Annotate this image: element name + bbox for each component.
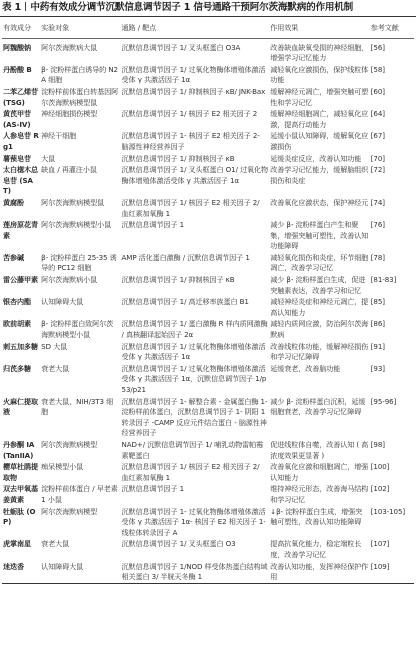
cell-pathway: 沉默信息调节因子 1- 解整合素 - 金属蛋白酶 1- 淀粉样前体蛋白，沉默信息… — [121, 396, 270, 439]
cell-pathway: 沉默信息调节因子 1/ 核因子 E2 相关因子 2/ 血红素加氧酶 1 — [121, 197, 270, 219]
cell-reference: [70] — [370, 153, 414, 165]
cell-pathway: 沉默信息调节因子 1/ 过氧化物酶体增殖体激活受体 γ 共激活因子 1α — [121, 64, 270, 86]
cell-pathway: 沉默信息调节因子 1/ 过氧化物酶体增殖体激活受体 γ 共激活因子 1α — [121, 341, 270, 363]
table-row: 雷公藤甲素阿尔茨海默病小鼠沉默信息调节因子 1/ 抑制核因子 κB减少 β- 淀… — [2, 275, 414, 297]
cell-effect: 缓解神经元凋亡，增强突触可塑性和学习记忆 — [269, 86, 369, 108]
cell-subject: 阿尔茨海默病模型鼠 — [40, 197, 120, 219]
cell-subject: 阿尔茨海默病大鼠 — [40, 38, 120, 64]
cell-pathway: AMP 活化蛋白激酶 / 沉默信息调节因子 1 — [121, 252, 270, 274]
cell-subject: 神经细胞损伤模型 — [40, 109, 120, 131]
cell-component: 丹酚酸 B — [2, 64, 40, 86]
cell-subject: 大鼠 — [40, 153, 120, 165]
cell-component: 火麻仁提取液 — [2, 396, 40, 439]
table-row: 银杏内酯认知障碍大鼠沉默信息调节因子 1/ 高迁移率族蛋白 B1减轻神经炎症和神… — [2, 297, 414, 319]
table-row: 欧前胡素β- 淀粉样蛋白致阿尔茨海默病模型小鼠沉默信息调节因子 1/ 蛋白激酶 … — [2, 319, 414, 341]
cell-reference: [60] — [370, 86, 414, 108]
cell-component: 丹参酮 IA (TanIIA) — [2, 439, 40, 461]
mechanism-table: 有效成分 实验对象 通路 / 靶点 作用效果 参考文献 阿魏酸钠阿尔茨海默病大鼠… — [2, 17, 414, 583]
cell-component: 黄腐酚 — [2, 197, 40, 219]
cell-reference: [103-105] — [370, 506, 414, 539]
cell-reference: [98] — [370, 439, 414, 461]
cell-pathway: 沉默信息调节因子 1 — [121, 220, 270, 253]
cell-pathway: 沉默信息调节因子 1/ 叉头框蛋白 O3 — [121, 539, 270, 561]
cell-reference: [91] — [370, 341, 414, 363]
cell-component: 黄芪甲苷 (AS-IV) — [2, 109, 40, 131]
table-label: 表 1 — [2, 2, 21, 13]
cell-pathway: 沉默信息调节因子 1/ 叉头框蛋白 O3A — [121, 38, 270, 64]
cell-component: 莲房原花青素 — [2, 220, 40, 253]
cell-component: 太白楤木总皂苷 (SAT) — [2, 165, 40, 198]
table-bottom-rule — [2, 583, 414, 584]
cell-pathway: 沉默信息调节因子 1/ 过氧化物酶体增殖体激活受体 γ 共激活因子 1α，沉默信… — [121, 363, 270, 396]
header-pathway: 通路 / 靶点 — [121, 17, 270, 38]
cell-component: 迷迭香 — [2, 561, 40, 583]
cell-effect: 改善缺血缺氧受损的神经细胞，增强学习记忆能力 — [269, 38, 369, 64]
cell-reference: [85] — [370, 297, 414, 319]
table-header-row: 有效成分 实验对象 通路 / 靶点 作用效果 参考文献 — [2, 17, 414, 38]
table-body: 阿魏酸钠阿尔茨海默病大鼠沉默信息调节因子 1/ 叉头框蛋白 O3A改善缺血缺氧受… — [2, 38, 414, 583]
table-row: 虎掌南星衰老大鼠沉默信息调节因子 1/ 叉头框蛋白 O3提高抗氧化能力，稳定端粒… — [2, 539, 414, 561]
table-title: 中药有效成分调节沉默信息调节因子 1 信号通路干预阿尔茨海默病的作用机制 — [30, 2, 353, 13]
cell-reference: [107] — [370, 539, 414, 561]
cell-component: 雷公藤甲素 — [2, 275, 40, 297]
cell-effect: 延缓衰老，改善脑功能 — [269, 363, 369, 396]
cell-reference: [72] — [370, 165, 414, 198]
cell-reference: [109] — [370, 561, 414, 583]
cell-effect: 延缓炎症反应，改善认知功能 — [269, 153, 369, 165]
caption-divider — [25, 2, 26, 11]
cell-subject: 缺血 / 再灌注小鼠 — [40, 165, 120, 198]
cell-pathway: 沉默信息调节因子 1/ 抑制核因子 κB — [121, 153, 270, 165]
cell-component: 阿魏酸钠 — [2, 38, 40, 64]
cell-effect: 改善认知功能，发挥神经保护作用 — [269, 561, 369, 583]
cell-component: 牡蛎肽 (OP) — [2, 506, 40, 539]
table-row: 刺五加多糖SD 大鼠沉默信息调节因子 1/ 过氧化物酶体增殖体激活受体 γ 共激… — [2, 341, 414, 363]
cell-reference: [86] — [370, 319, 414, 341]
cell-reference: [64] — [370, 109, 414, 131]
table-row: 火麻仁提取液衰老大鼠、NIH/3T3 细胞沉默信息调节因子 1- 解整合素 - … — [2, 396, 414, 439]
cell-effect: 维持神经元形态，改善海马结构和学习记忆 — [269, 484, 369, 506]
cell-subject: 认知障碍大鼠 — [40, 561, 120, 583]
cell-reference: [102] — [370, 484, 414, 506]
cell-effect: 减轻氧化应激损伤，保护线粒体功能 — [269, 64, 369, 86]
cell-effect: 促进线粒体自噬，改善认知 ( 高浓度效果更显著 ) — [269, 439, 369, 461]
cell-pathway: 沉默信息调节因子 1 — [121, 484, 270, 506]
cell-reference: [74] — [370, 197, 414, 219]
cell-component: 薯蓣皂苷 — [2, 153, 40, 165]
cell-subject: 痴呆模型小鼠 — [40, 462, 120, 484]
header-reference: 参考文献 — [370, 17, 414, 38]
cell-reference: [67] — [370, 131, 414, 153]
cell-reference: [58] — [370, 64, 414, 86]
cell-reference: [76] — [370, 220, 414, 253]
cell-reference: [100] — [370, 462, 414, 484]
cell-subject: 认知障碍大鼠 — [40, 297, 120, 319]
cell-pathway: 沉默信息调节因子 1/ 抑制核因子 κB/ JNK-Bax — [121, 86, 270, 108]
cell-pathway: 沉默信息调节因子 1/ 高迁移率族蛋白 B1 — [121, 297, 270, 319]
cell-reference: [56] — [370, 38, 414, 64]
cell-effect: 改善氧化应激和细胞凋亡，增强认知能力 — [269, 462, 369, 484]
cell-effect: 提高抗氧化能力，稳定端粒长度，改善学习记忆 — [269, 539, 369, 561]
document-page: 表 1中药有效成分调节沉默信息调节因子 1 信号通路干预阿尔茨海默病的作用机制 … — [0, 0, 416, 584]
cell-component: 欧前胡素 — [2, 319, 40, 341]
table-row: 太白楤木总皂苷 (SAT)缺血 / 再灌注小鼠沉默信息调节因子 1/ 叉头框蛋白… — [2, 165, 414, 198]
table-row: 阿魏酸钠阿尔茨海默病大鼠沉默信息调节因子 1/ 叉头框蛋白 O3A改善缺血缺氧受… — [2, 38, 414, 64]
cell-pathway: 沉默信息调节因子 1/ 核因子 E2 相关因子 2/ 血红素加氧酶 1 — [121, 462, 270, 484]
cell-reference: [95-96] — [370, 396, 414, 439]
table-row: 双去甲氧基姜黄素淀粉样前体蛋白 / 早老素 1 小鼠沉默信息调节因子 1维持神经… — [2, 484, 414, 506]
table-row: 黄腐酚阿尔茨海默病模型鼠沉默信息调节因子 1/ 核因子 E2 相关因子 2/ 血… — [2, 197, 414, 219]
cell-pathway: 沉默信息调节因子 1/NOD 样受体热蛋白结构域相关蛋白 3/ 半胱天冬酶 1 — [121, 561, 270, 583]
table-row: 二苯乙烯苷 (TSG)淀粉样前体蛋白转基因阿尔茨海默病模型鼠沉默信息调节因子 1… — [2, 86, 414, 108]
cell-subject: 淀粉样前体蛋白 / 早老素 1 小鼠 — [40, 484, 120, 506]
cell-subject: 衰老大鼠、NIH/3T3 细胞 — [40, 396, 120, 439]
table-row: 樱草杜鹃提取物痴呆模型小鼠沉默信息调节因子 1/ 核因子 E2 相关因子 2/ … — [2, 462, 414, 484]
cell-subject: 神经干细胞 — [40, 131, 120, 153]
cell-component: 银杏内酯 — [2, 297, 40, 319]
cell-effect: 减少 β- 淀粉样蛋白产生和聚集，增强突触可塑性，改善认知功能障碍 — [269, 220, 369, 253]
cell-subject: 阿尔茨海默病模型 — [40, 506, 120, 539]
cell-reference: [78] — [370, 252, 414, 274]
cell-pathway: 沉默信息调节因子 1- 核因子 E2 相关因子 2- 脑源性神经营养因子 — [121, 131, 270, 153]
table-row: 黄芪甲苷 (AS-IV)神经细胞损伤模型沉默信息调节因子 1/ 核因子 E2 相… — [2, 109, 414, 131]
cell-component: 人参皂苷 Rg1 — [2, 131, 40, 153]
cell-pathway: NAD+/ 沉默信息调节因子 1/ 哺乳动物雷帕霉素靶蛋白 — [121, 439, 270, 461]
cell-effect: ↓β- 淀粉样蛋白生成，增强突触可塑性，改善认知功能障碍 — [269, 506, 369, 539]
cell-pathway: 沉默信息调节因子 1/ 叉头框蛋白 O1/ 过氧化物酶体增殖体激活受体 γ 共激… — [121, 165, 270, 198]
cell-subject: β- 淀粉样蛋白致阿尔茨海默病模型小鼠 — [40, 319, 120, 341]
cell-effect: 改善学习记忆能力，缓解脑组织损伤和炎症 — [269, 165, 369, 198]
table-row: 丹参酮 IA (TanIIA)阿尔茨海默病模型NAD+/ 沉默信息调节因子 1/… — [2, 439, 414, 461]
table-row: 牡蛎肽 (OP)阿尔茨海默病模型沉默信息调节因子 1- 过氧化物酶体增殖体激活受… — [2, 506, 414, 539]
table-row: 苦参碱β- 淀粉样蛋白 25-35 诱导的 PC12 细胞AMP 活化蛋白激酶 … — [2, 252, 414, 274]
cell-component: 刺五加多糖 — [2, 341, 40, 363]
cell-subject: β- 淀粉样蛋白诱导的 N2A 细胞 — [40, 64, 120, 86]
cell-effect: 减轻内质网应激，防治阿尔茨海默病 — [269, 319, 369, 341]
cell-component: 二苯乙烯苷 (TSG) — [2, 86, 40, 108]
cell-subject: 衰老大鼠 — [40, 363, 120, 396]
header-subject: 实验对象 — [40, 17, 120, 38]
table-row: 迷迭香认知障碍大鼠沉默信息调节因子 1/NOD 样受体热蛋白结构域相关蛋白 3/… — [2, 561, 414, 583]
cell-effect: 减轻氧化损伤和炎症，环节细胞凋亡，改善学习记忆 — [269, 252, 369, 274]
cell-reference: [93] — [370, 363, 414, 396]
table-row: 丹酚酸 Bβ- 淀粉样蛋白诱导的 N2A 细胞沉默信息调节因子 1/ 过氧化物酶… — [2, 64, 414, 86]
cell-pathway: 沉默信息调节因子 1/ 核因子 E2 相关因子 2 — [121, 109, 270, 131]
cell-subject: 阿尔茨海默病小鼠 — [40, 275, 120, 297]
header-component: 有效成分 — [2, 17, 40, 38]
cell-pathway: 沉默信息调节因子 1- 过氧化物酶体增殖体激活受体 γ 共激活因子 1α- 核因… — [121, 506, 270, 539]
cell-component: 双去甲氧基姜黄素 — [2, 484, 40, 506]
cell-effect: 改善线粒体功能，缓解神经损伤和学习记忆障碍 — [269, 341, 369, 363]
cell-component: 樱草杜鹃提取物 — [2, 462, 40, 484]
cell-component: 虎掌南星 — [2, 539, 40, 561]
cell-pathway: 沉默信息调节因子 1/ 蛋白激酶 R 样内质网激酶 / 真核翻译起始因子 2α — [121, 319, 270, 341]
cell-subject: β- 淀粉样蛋白 25-35 诱导的 PC12 细胞 — [40, 252, 120, 274]
cell-component: 苦参碱 — [2, 252, 40, 274]
cell-subject: 淀粉样前体蛋白转基因阿尔茨海默病模型鼠 — [40, 86, 120, 108]
cell-subject: 衰老大鼠 — [40, 539, 120, 561]
cell-subject: 阿尔茨海默病模型 — [40, 439, 120, 461]
cell-effect: 减少 β- 淀粉样蛋白生成，促进突触素表达，改善学习和记忆 — [269, 275, 369, 297]
cell-subject: SD 大鼠 — [40, 341, 120, 363]
table-row: 人参皂苷 Rg1神经干细胞沉默信息调节因子 1- 核因子 E2 相关因子 2- … — [2, 131, 414, 153]
cell-subject: 阿尔茨海默病模型小鼠 — [40, 220, 120, 253]
table-row: 莲房原花青素阿尔茨海默病模型小鼠沉默信息调节因子 1减少 β- 淀粉样蛋白产生和… — [2, 220, 414, 253]
cell-pathway: 沉默信息调节因子 1/ 抑制核因子 κB — [121, 275, 270, 297]
cell-effect: 减轻神经炎症和神经元凋亡，提高认知能力 — [269, 297, 369, 319]
header-effect: 作用效果 — [269, 17, 369, 38]
cell-effect: 缓解神经细胞凋亡，减轻氧化应激，提高行动能力 — [269, 109, 369, 131]
cell-effect: 减少 β- 淀粉样蛋白沉积，延缓细胞衰老，改善学习记忆障碍 — [269, 396, 369, 439]
cell-effect: 延缓小鼠认知障碍，缓解氧化应激损伤 — [269, 131, 369, 153]
cell-component: 归芪多糖 — [2, 363, 40, 396]
table-row: 归芪多糖衰老大鼠沉默信息调节因子 1/ 过氧化物酶体增殖体激活受体 γ 共激活因… — [2, 363, 414, 396]
cell-effect: 改善氧化应激状态，保护神经元 — [269, 197, 369, 219]
table-row: 薯蓣皂苷大鼠沉默信息调节因子 1/ 抑制核因子 κB延缓炎症反应，改善认知功能[… — [2, 153, 414, 165]
cell-reference: [81-83] — [370, 275, 414, 297]
table-caption: 表 1中药有效成分调节沉默信息调节因子 1 信号通路干预阿尔茨海默病的作用机制 — [0, 0, 416, 17]
